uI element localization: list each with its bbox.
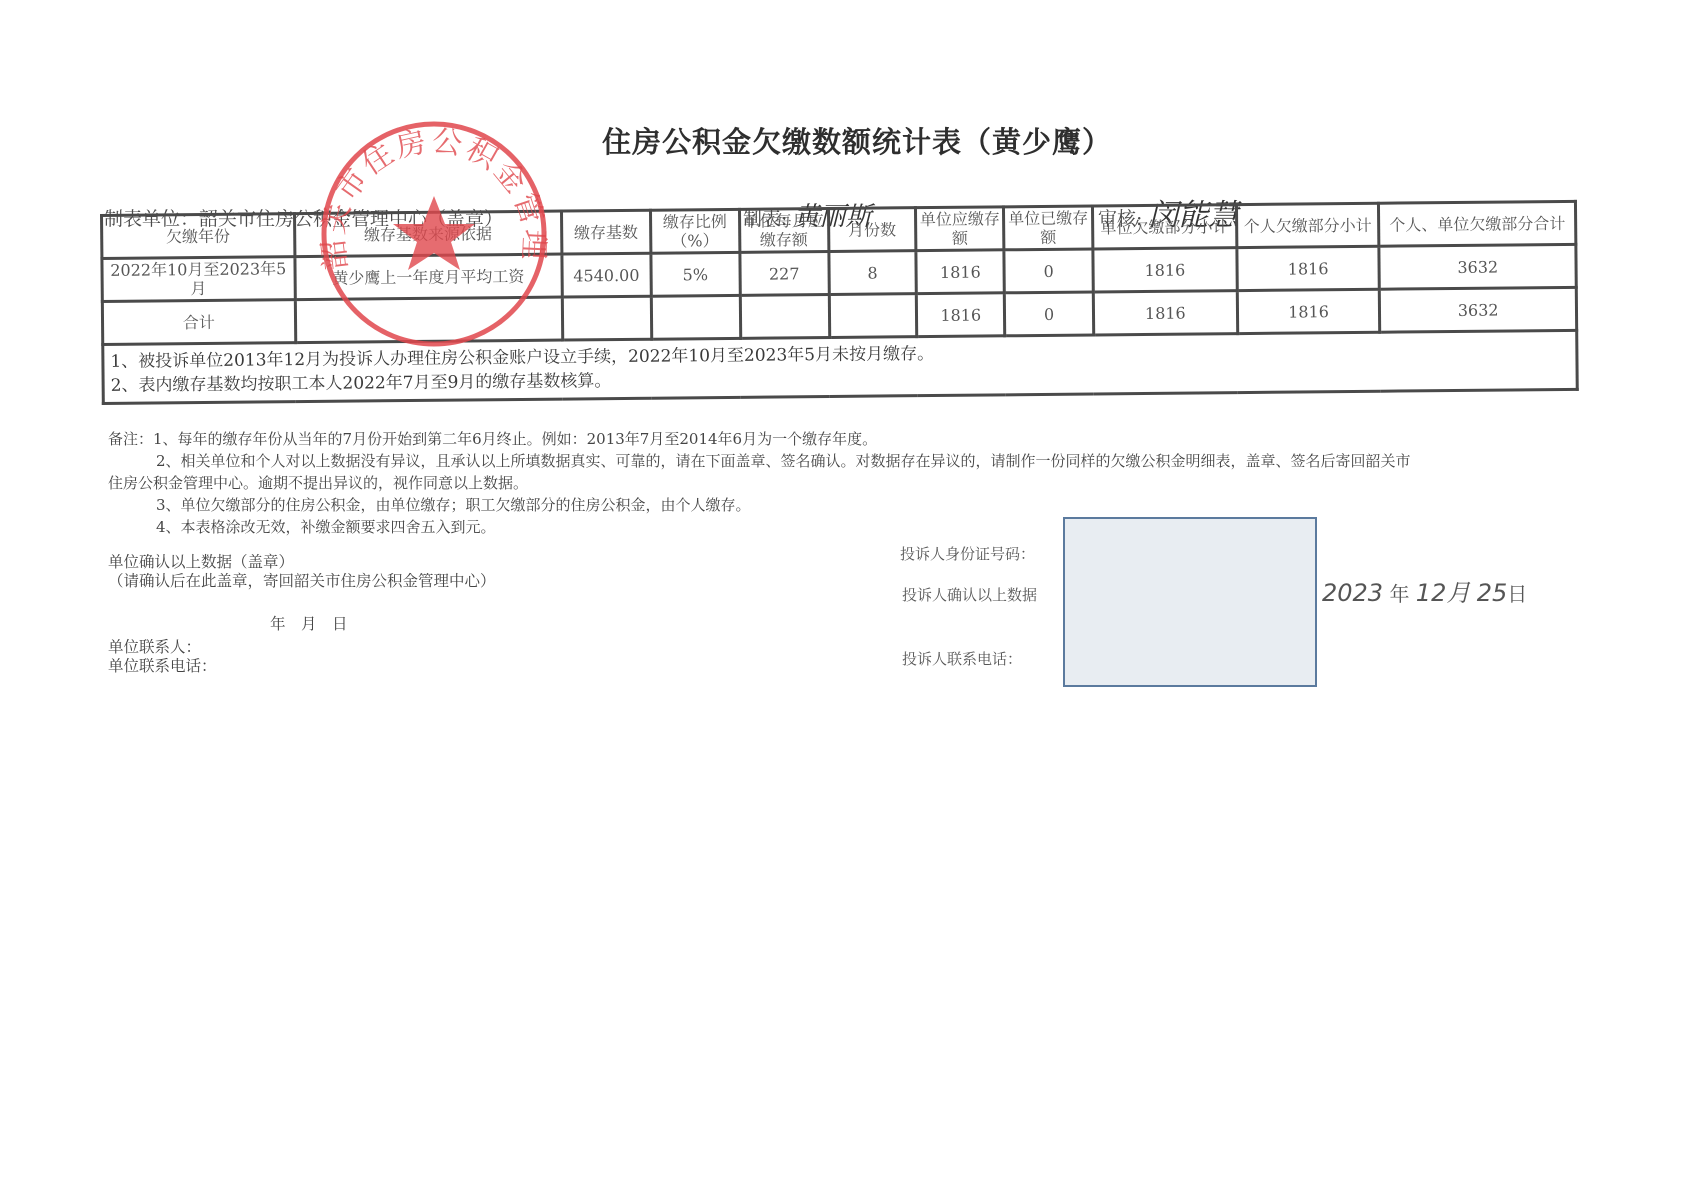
cell-unit-due: 1816 — [916, 250, 1004, 294]
date-day: 25 — [1477, 579, 1508, 607]
cell-rate: 5% — [651, 252, 740, 296]
unit-confirmation: 单位确认以上数据（盖章） （请确认后在此盖章，寄回韶关市住房公积金管理中心） — [108, 553, 496, 591]
unit-contact-person: 单位联系人： — [108, 638, 217, 657]
unit-confirm-date: 年 月 日 — [270, 615, 348, 634]
cell-period: 2022年10月至2023年5月 — [102, 257, 295, 302]
page-title: 住房公积金欠缴数额统计表（黄少鹰） — [0, 120, 1684, 161]
redacted-area — [1063, 517, 1317, 687]
cell-empty — [651, 295, 740, 339]
header-cell: 个人、单位欠缴部分合计 — [1379, 201, 1576, 246]
cell-total-unit-arrears: 1816 — [1093, 291, 1237, 335]
complainant-date: 2023 年 12月 25日 — [1322, 573, 1527, 608]
official-seal: 韶关市住房公积金管理中心 — [318, 118, 550, 350]
cell-monthly: 227 — [740, 252, 829, 296]
header-cell: 单位已缴存额 — [1004, 206, 1093, 250]
complainant-confirm-label: 投诉人确认以上数据 — [902, 584, 1037, 605]
header-cell: 月份数 — [828, 208, 916, 252]
cell-total-label: 合计 — [102, 300, 295, 345]
unit-confirm-instruction: （请确认后在此盖章，寄回韶关市住房公积金管理中心） — [108, 572, 496, 591]
remark-2: 2、相关单位和个人对以上数据没有异议，且承认以上所填数据真实、可靠的，请在下面盖… — [108, 450, 1588, 472]
remarks: 备注：1、每年的缴存年份从当年的7月份开始到第二年6月终止。例如：2013年7月… — [108, 428, 1588, 538]
cell-unit-paid: 0 — [1004, 249, 1093, 293]
remark-1: 备注：1、每年的缴存年份从当年的7月份开始到第二年6月终止。例如：2013年7月… — [108, 428, 1588, 450]
cell-total-unit-paid: 0 — [1004, 292, 1093, 336]
date-month: 12月 — [1416, 579, 1471, 607]
remark-4: 4、本表格涂改无效，补缴金额要求四舍五入到元。 — [108, 516, 1588, 538]
cell-total-arrears: 3632 — [1379, 244, 1576, 289]
cell-months: 8 — [828, 251, 916, 295]
date-year: 2023 — [1322, 579, 1383, 607]
header-cell: 单位应缴存额 — [916, 207, 1004, 251]
complainant-id-label: 投诉人身份证号码： — [900, 543, 1035, 564]
star-icon — [393, 196, 475, 270]
cell-empty — [562, 296, 651, 340]
date-year-suffix: 年 — [1389, 582, 1409, 606]
header-cell: 个人欠缴部分小计 — [1236, 203, 1379, 247]
cell-empty — [829, 294, 917, 338]
cell-total-unit-due: 1816 — [917, 293, 1005, 337]
cell-personal-arrears: 1816 — [1237, 246, 1380, 290]
header-cell: 欠缴年份 — [102, 214, 295, 259]
remark-3: 3、单位欠缴部分的住房公积金，由单位缴存；职工欠缴部分的住房公积金，由个人缴存。 — [108, 494, 1588, 516]
header-cell: 缴存基数 — [561, 210, 650, 254]
remark-2-cont: 住房公积金管理中心。逾期不提出异议的，视作同意以上数据。 — [108, 472, 1588, 494]
cell-grand-total: 3632 — [1380, 287, 1577, 332]
header-cell: 缴存比例（%） — [650, 209, 739, 253]
cell-unit-arrears: 1816 — [1093, 248, 1237, 292]
complainant-phone-label: 投诉人联系电话： — [902, 648, 1022, 669]
date-day-suffix: 日 — [1507, 582, 1527, 606]
cell-total-personal-arrears: 1816 — [1237, 289, 1380, 333]
unit-contact-phone: 单位联系电话： — [108, 657, 217, 676]
cell-base: 4540.00 — [562, 253, 651, 297]
unit-contact: 单位联系人： 单位联系电话： — [108, 638, 217, 676]
header-cell: 单位欠缴部分小计 — [1092, 205, 1236, 249]
header-cell: 单位每月应缴存额 — [739, 209, 828, 253]
cell-empty — [740, 295, 829, 339]
unit-confirm-line: 单位确认以上数据（盖章） — [108, 553, 496, 572]
